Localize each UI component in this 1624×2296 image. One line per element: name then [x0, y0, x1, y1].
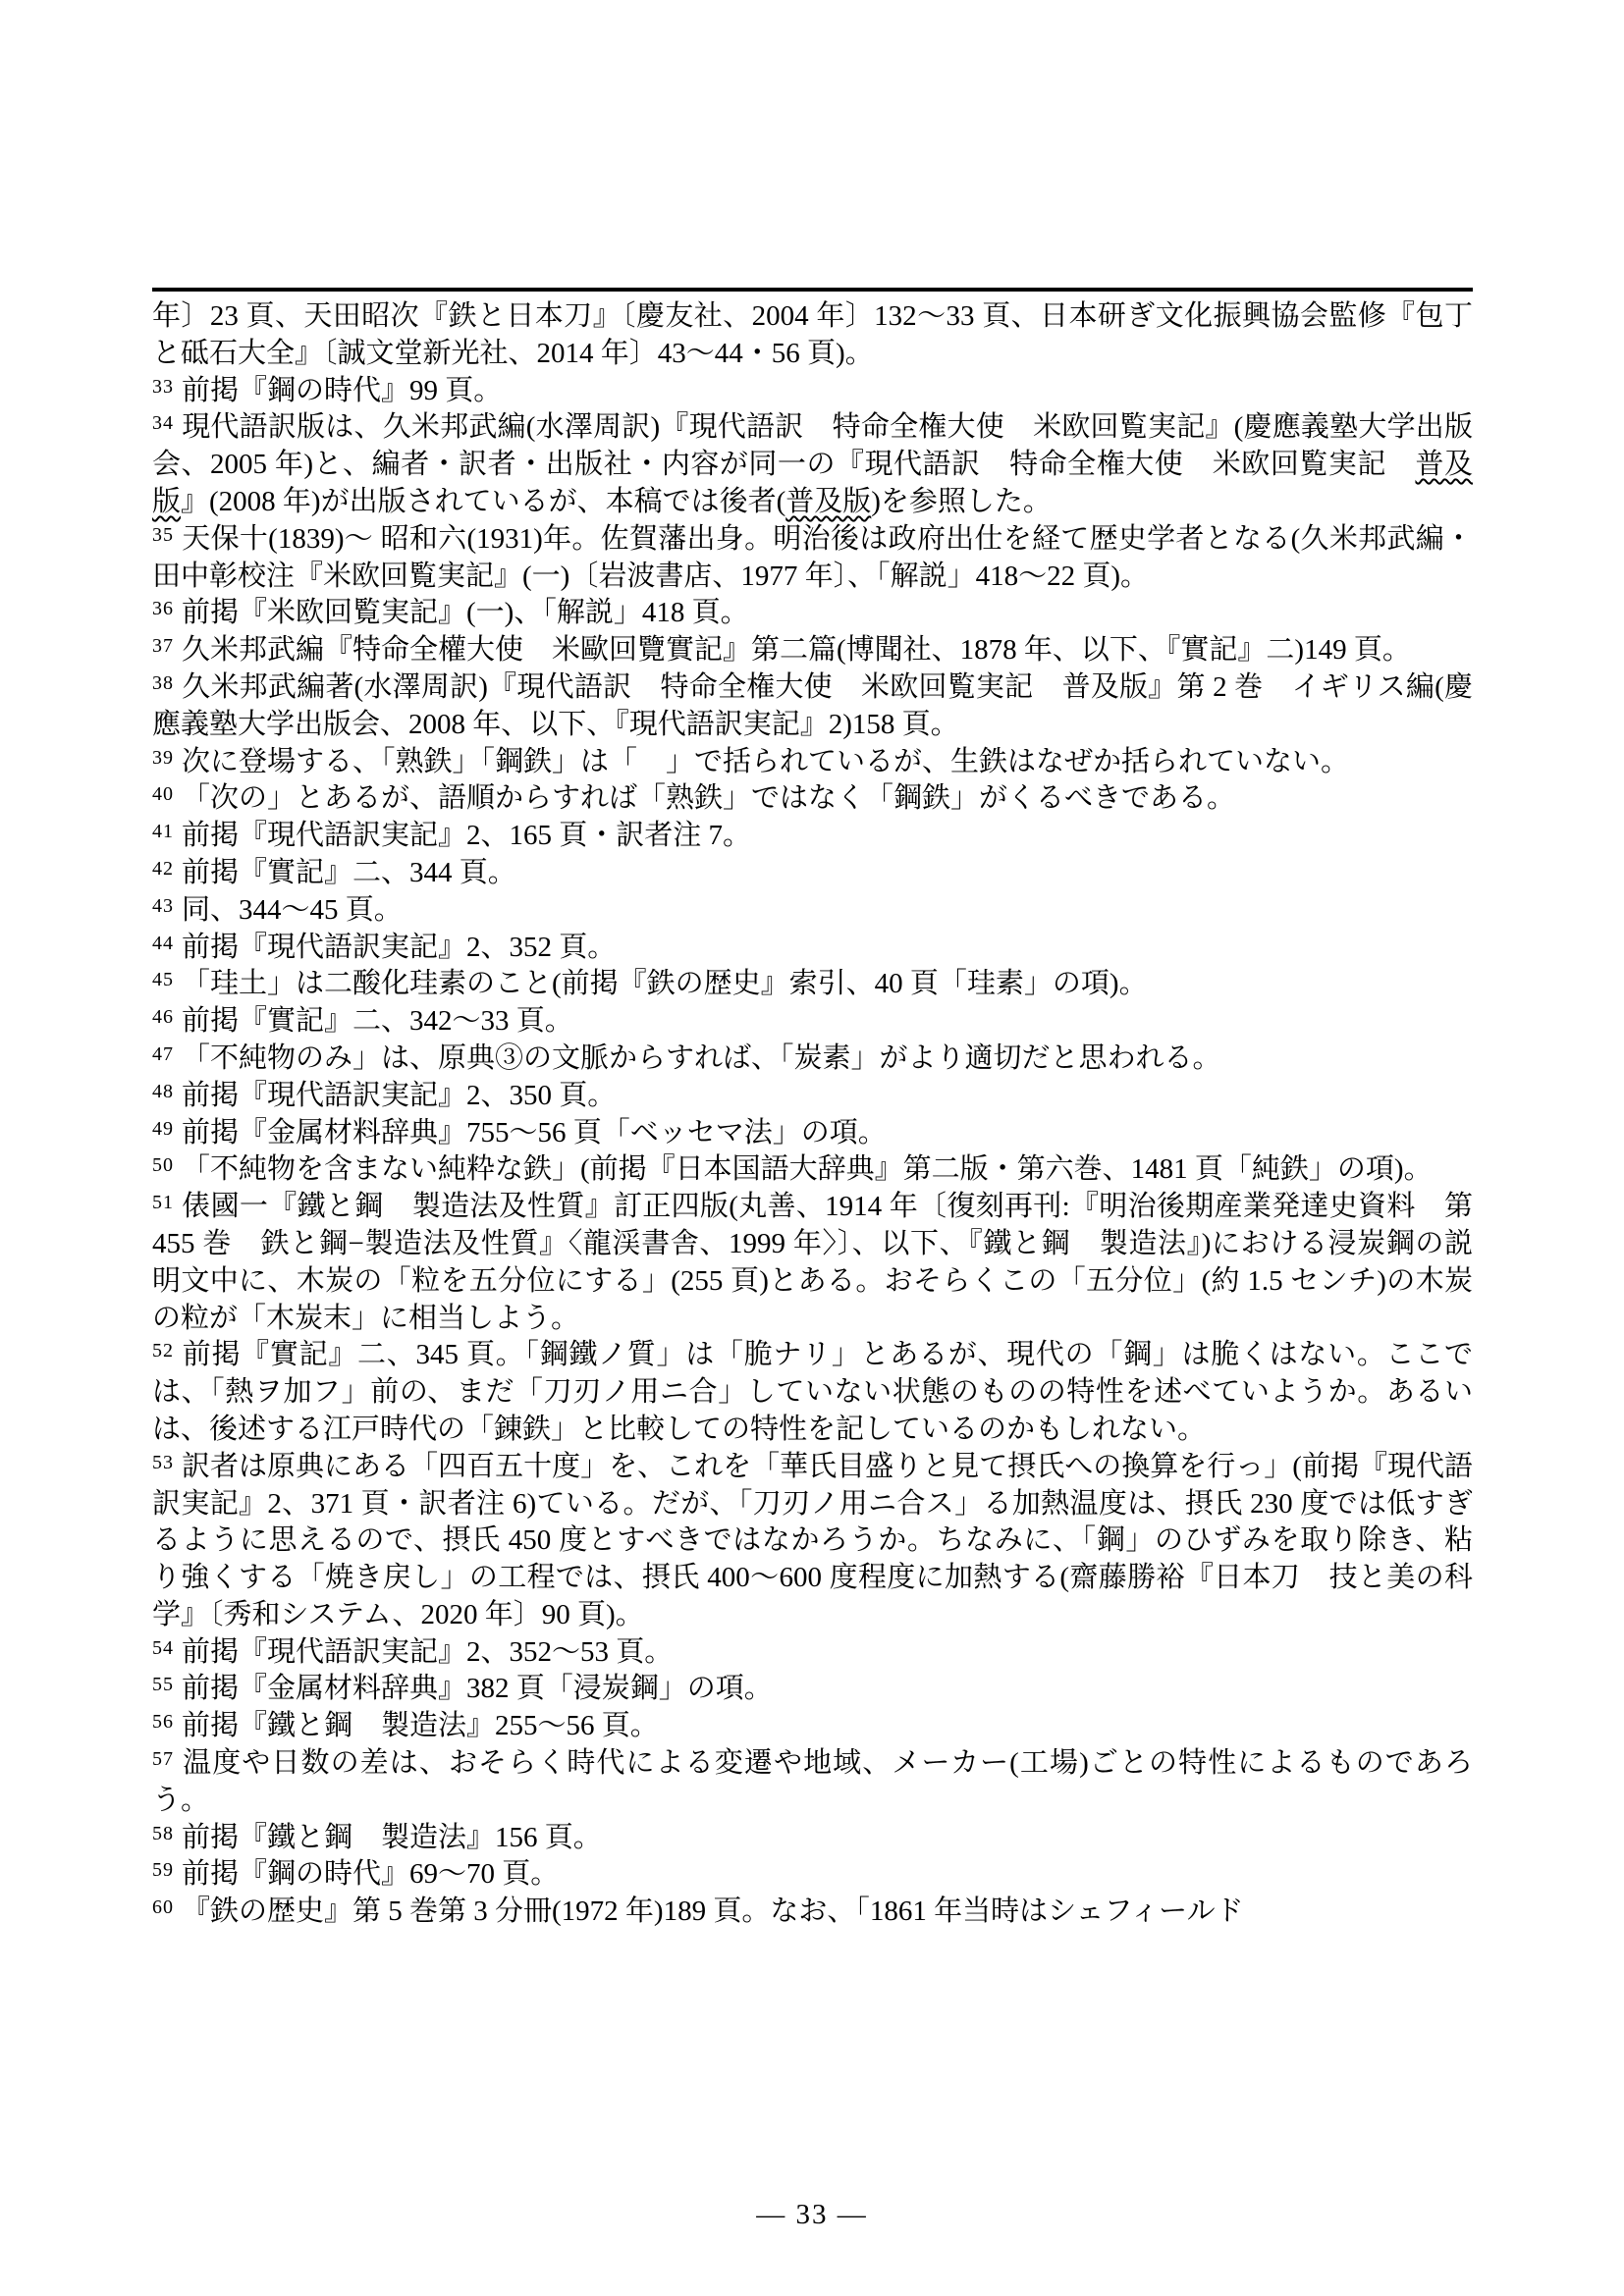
footnote-item: 43同、344〜45 頁。 — [152, 892, 1473, 930]
footnote-number: 60 — [152, 1896, 182, 1918]
footnote-number: 34 — [152, 412, 182, 434]
footnote-number: 50 — [152, 1154, 182, 1176]
footnote-item: 57温度や日数の差は、おそらく時代による変遷や地域、メーカー(工場)ごとの特性に… — [152, 1745, 1473, 1820]
footnote-text: 前掲『鐵と鋼 製造法』255〜56 頁。 — [182, 1710, 659, 1741]
footnote-number: 42 — [152, 858, 182, 880]
footnote-item: 60『鉄の歴史』第 5 巻第 3 分冊(1972 年)189 頁。なお、「186… — [152, 1894, 1473, 1931]
footnote-text: 前掲『現代語訳実記』2、352 頁。 — [182, 932, 616, 963]
footnote-number: 39 — [152, 747, 182, 769]
footnote-number: 58 — [152, 1823, 182, 1844]
footnote-number: 52 — [152, 1340, 182, 1362]
footnote-text: 前掲『現代語訳実記』2、352〜53 頁。 — [182, 1636, 673, 1668]
footnote-text: 前掲『現代語訳実記』2、350 頁。 — [182, 1080, 616, 1111]
footnote-number: 54 — [152, 1637, 182, 1659]
footnote-text: 久米邦武編『特命全權大使 米歐回覽實記』第二篇(博聞社、1878 年、以下、『實… — [182, 634, 1411, 666]
footnote-number: 37 — [152, 635, 182, 657]
footnote-item: 46前掲『實記』二、342〜33 頁。 — [152, 1003, 1473, 1041]
footnote-item: 36前掲『米欧回覧実記』(一)、「解説」418 頁。 — [152, 595, 1473, 632]
footnote-text: 前掲『鋼の時代』99 頁。 — [182, 375, 502, 406]
footnote-item: 年〕23 頁、天田昭次『鉄と日本刀』〔慶友社、2004 年〕132〜33 頁、日… — [152, 298, 1473, 373]
footnote-text: 前掲『實記』二、342〜33 頁。 — [182, 1005, 573, 1037]
footnote-number: 43 — [152, 895, 182, 917]
footnote-item: 48前掲『現代語訳実記』2、350 頁。 — [152, 1078, 1473, 1115]
footnote-number: 59 — [152, 1859, 182, 1881]
footnote-number: 48 — [152, 1081, 182, 1102]
footnote-item: 34現代語訳版は、久米邦武編(水澤周訳)『現代語訳 特命全権大使 米欧回覧実記』… — [152, 409, 1473, 520]
footnote-item: 35天保十(1839)〜 昭和六(1931)年。佐賀藩出身。明治後は政府出仕を経… — [152, 521, 1473, 596]
footnote-item: 54前掲『現代語訳実記』2、352〜53 頁。 — [152, 1634, 1473, 1672]
footnotes-section: 年〕23 頁、天田昭次『鉄と日本刀』〔慶友社、2004 年〕132〜33 頁、日… — [152, 298, 1473, 1931]
page-number: — 33 — — [0, 2199, 1624, 2231]
footnote-number: 45 — [152, 969, 182, 990]
footnote-item: 37久米邦武編『特命全權大使 米歐回覽實記』第二篇(博聞社、1878 年、以下、… — [152, 632, 1473, 669]
footnote-text: 前掲『鐵と鋼 製造法』156 頁。 — [182, 1822, 602, 1853]
footnote-item: 53訳者は原典にある「四百五十度」を、これを「華氏目盛りと見て摂氏への換算を行っ… — [152, 1449, 1473, 1634]
footnote-text: 温度や日数の差は、おそらく時代による変遷や地域、メーカー(工場)ごとの特性による… — [152, 1747, 1473, 1816]
footnote-text: 久米邦武編著(水澤周訳)『現代語訳 特命全権大使 米欧回覧実記 普及版』第 2 … — [152, 671, 1473, 740]
footnote-item: 59前掲『鋼の時代』69〜70 頁。 — [152, 1856, 1473, 1894]
footnote-text: 「次の」とあるが、語順からすれば「熟鉄」ではなく「鋼鉄」がくるべきである。 — [182, 782, 1235, 814]
footnote-item: 45「珪土」は二酸化珪素のこと(前掲『鉄の歴史』索引、40 頁「珪素」の項)。 — [152, 966, 1473, 1003]
document-page: 年〕23 頁、天田昭次『鉄と日本刀』〔慶友社、2004 年〕132〜33 頁、日… — [0, 0, 1624, 2296]
footnote-item: 41前掲『現代語訳実記』2、165 頁・訳者注 7。 — [152, 818, 1473, 855]
footnote-number: 44 — [152, 933, 182, 954]
footnote-text: 天保十(1839)〜 昭和六(1931)年。佐賀藩出身。明治後は政府出仕を経て歴… — [152, 523, 1473, 592]
footnote-item: 38久米邦武編著(水澤周訳)『現代語訳 特命全権大使 米欧回覧実記 普及版』第 … — [152, 669, 1473, 744]
footnote-text: 前掲『金属材料辞典』755〜56 頁「ベッセマ法」の項。 — [182, 1117, 887, 1148]
footnote-separator-rule — [152, 288, 1473, 292]
footnote-number: 56 — [152, 1711, 182, 1733]
footnote-text: 年〕23 頁、天田昭次『鉄と日本刀』〔慶友社、2004 年〕132〜33 頁、日… — [152, 300, 1473, 369]
footnote-item: 51俵國一『鐵と鋼 製造法及性質』訂正四版(丸善、1914 年〔復刻再刊:『明治… — [152, 1189, 1473, 1337]
footnote-number: 33 — [152, 376, 182, 398]
footnote-item: 49前掲『金属材料辞典』755〜56 頁「ベッセマ法」の項。 — [152, 1115, 1473, 1152]
footnote-item: 42前掲『實記』二、344 頁。 — [152, 855, 1473, 892]
footnote-item: 40「次の」とあるが、語順からすれば「熟鉄」ではなく「鋼鉄」がくるべきである。 — [152, 780, 1473, 818]
footnote-text: 次に登場する、「熟鉄」「鋼鉄」は「 」で括られているが、生鉄はなぜか括られていな… — [182, 746, 1349, 777]
footnote-text: )を参照した。 — [871, 486, 1052, 517]
footnote-number: 57 — [152, 1748, 182, 1770]
footnote-text: 訳者は原典にある「四百五十度」を、これを「華氏目盛りと見て摂氏への換算を行っ」(… — [152, 1451, 1473, 1630]
footnote-text: 現代語訳版は、久米邦武編(水澤周訳)『現代語訳 特命全権大使 米欧回覧実記』(慶… — [152, 411, 1473, 480]
footnote-number: 38 — [152, 672, 182, 694]
footnote-number: 51 — [152, 1192, 182, 1213]
footnote-number: 55 — [152, 1674, 182, 1695]
footnote-item: 39次に登場する、「熟鉄」「鋼鉄」は「 」で括られているが、生鉄はなぜか括られて… — [152, 744, 1473, 781]
footnote-number: 49 — [152, 1118, 182, 1140]
footnote-number: 36 — [152, 598, 182, 619]
footnote-text-underlined: 普及版 — [785, 486, 871, 517]
footnote-item: 55前掲『金属材料辞典』382 頁「浸炭鋼」の項。 — [152, 1671, 1473, 1708]
footnote-item: 56前掲『鐵と鋼 製造法』255〜56 頁。 — [152, 1708, 1473, 1745]
footnote-number: 40 — [152, 783, 182, 805]
footnote-item: 50「不純物を含まない純粋な鉄」(前掲『日本国語大辞典』第二版・第六巻、1481… — [152, 1151, 1473, 1189]
footnote-text: 前掲『實記』二、345 頁。「鋼鐵ノ質」は「脆ナリ」とあるが、現代の「鋼」は脆く… — [152, 1339, 1473, 1445]
footnote-text: 前掲『金属材料辞典』382 頁「浸炭鋼」の項。 — [182, 1673, 773, 1704]
footnote-text: 前掲『米欧回覧実記』(一)、「解説」418 頁。 — [182, 597, 749, 628]
footnote-text: 俵國一『鐵と鋼 製造法及性質』訂正四版(丸善、1914 年〔復刻再刊:『明治後期… — [152, 1191, 1473, 1333]
footnote-text: 前掲『實記』二、344 頁。 — [182, 857, 516, 888]
footnote-text: 『鉄の歴史』第 5 巻第 3 分冊(1972 年)189 頁。なお、「1861 … — [182, 1896, 1244, 1927]
footnote-number: 47 — [152, 1043, 182, 1065]
footnote-text: 「不純物を含まない純粋な鉄」(前掲『日本国語大辞典』第二版・第六巻、1481 頁… — [182, 1153, 1433, 1185]
footnote-text: 同、344〜45 頁。 — [182, 894, 403, 926]
footnote-number: 41 — [152, 821, 182, 842]
footnote-number: 35 — [152, 524, 182, 546]
footnote-text: 「不純物のみ」は、原典③の文脈からすれば、「炭素」がより適切だと思われる。 — [182, 1042, 1221, 1074]
footnote-item: 52前掲『實記』二、345 頁。「鋼鐵ノ質」は「脆ナリ」とあるが、現代の「鋼」は… — [152, 1337, 1473, 1448]
footnote-item: 58前掲『鐵と鋼 製造法』156 頁。 — [152, 1820, 1473, 1857]
footnote-text: 前掲『鋼の時代』69〜70 頁。 — [182, 1858, 559, 1890]
footnote-text: 「珪土」は二酸化珪素のこと(前掲『鉄の歴史』索引、40 頁「珪素」の項)。 — [182, 968, 1148, 999]
footnote-item: 33前掲『鋼の時代』99 頁。 — [152, 373, 1473, 410]
footnote-number: 53 — [152, 1452, 182, 1473]
footnote-item: 47「不純物のみ」は、原典③の文脈からすれば、「炭素」がより適切だと思われる。 — [152, 1041, 1473, 1078]
footnote-text: 』(2008 年)が出版されているが、本稿では後者( — [181, 486, 785, 517]
footnote-item: 44前掲『現代語訳実記』2、352 頁。 — [152, 930, 1473, 967]
footnote-text: 前掲『現代語訳実記』2、165 頁・訳者注 7。 — [182, 820, 751, 851]
footnote-number: 46 — [152, 1006, 182, 1028]
